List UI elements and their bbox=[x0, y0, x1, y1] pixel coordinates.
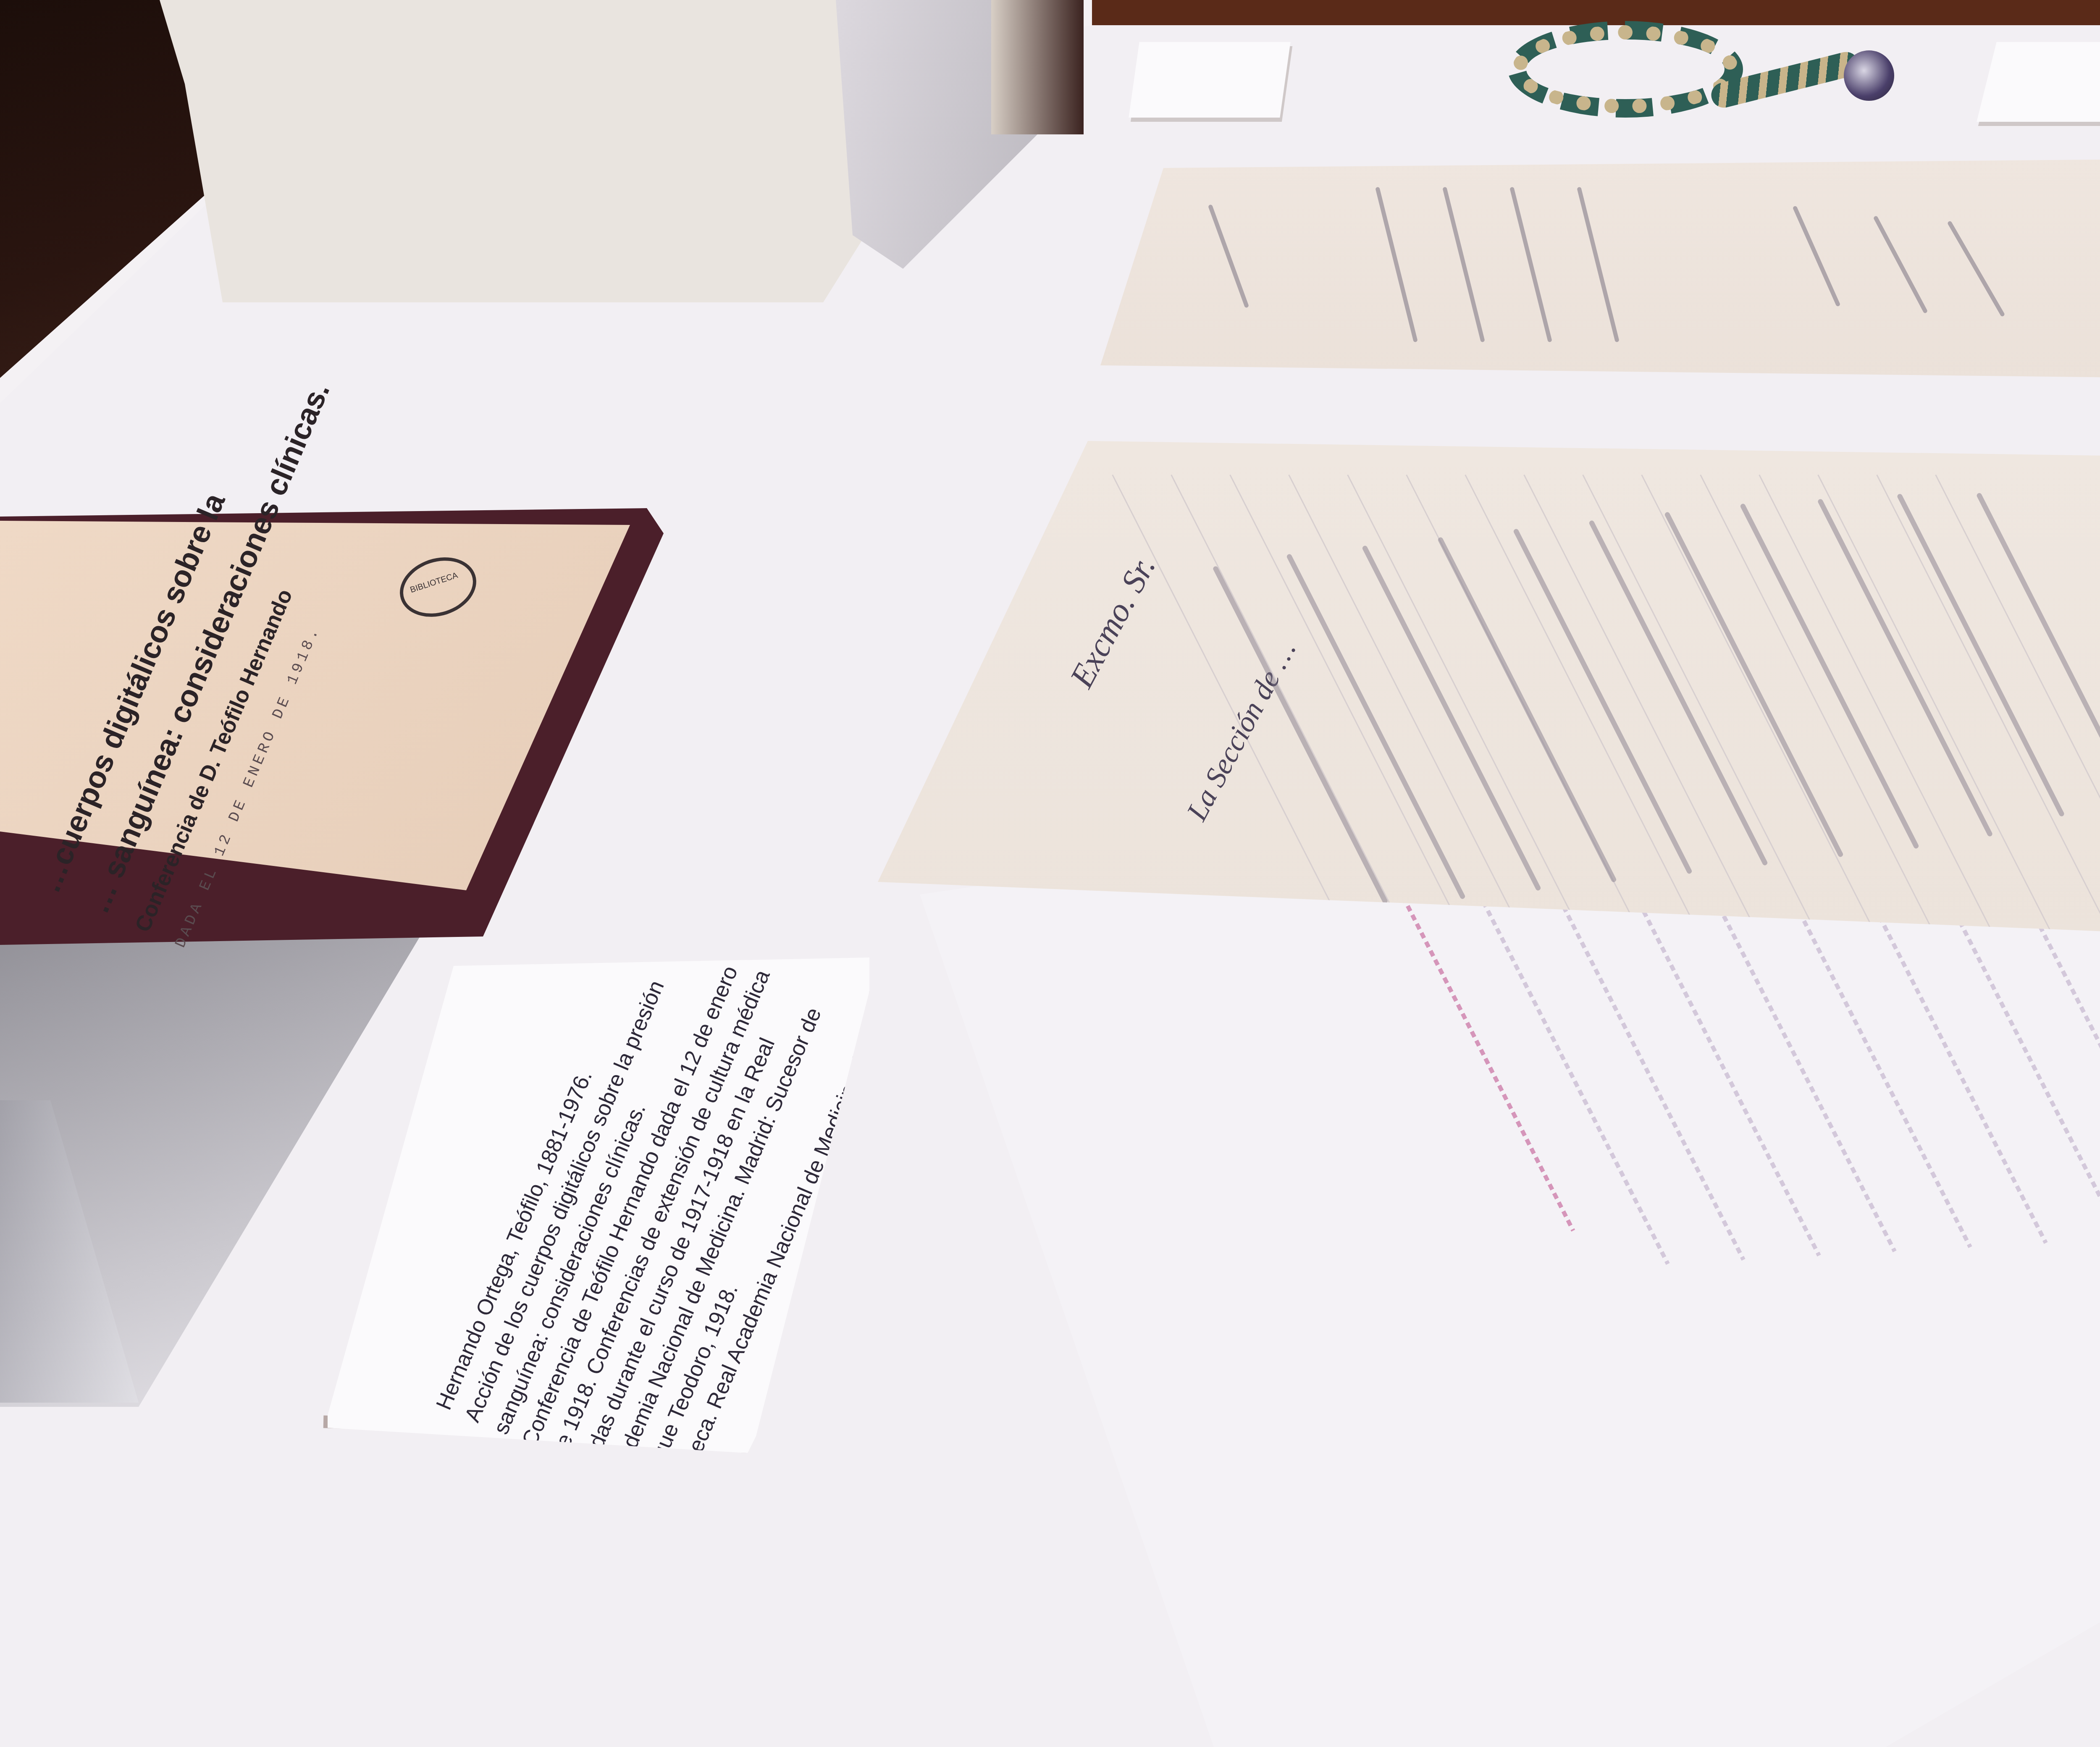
letter-salutation: Excmo. Sr. bbox=[1063, 550, 1163, 694]
handwritten-letter-document: Excmo. Sr. La Sección de … bbox=[878, 441, 2100, 949]
bracelet-artifact bbox=[1508, 17, 1852, 113]
handwriting-stroke bbox=[1896, 493, 2065, 817]
display-stand bbox=[160, 0, 907, 302]
standing-book-edge bbox=[991, 0, 1084, 134]
handwriting-stroke bbox=[1588, 519, 1768, 866]
signature-stroke bbox=[1947, 220, 2005, 317]
ruled-line bbox=[1876, 475, 2100, 924]
signature-stroke bbox=[1793, 205, 1841, 307]
handwriting-stroke bbox=[1362, 545, 1541, 891]
handwriting-stroke bbox=[1208, 204, 1249, 308]
handwriting-stroke bbox=[1442, 186, 1485, 342]
handwriting-stroke bbox=[1437, 536, 1617, 883]
open-book-artifact: BIBLIOTECA …cuerpos digitálicos sobre la… bbox=[0, 500, 664, 962]
bracelet-ring-weave bbox=[1512, 25, 1739, 113]
library-stamp-icon: BIBLIOTECA bbox=[392, 548, 484, 627]
museum-display-scene: Excmo. Sr. La Sección de … Curriculum Vi… bbox=[0, 0, 2100, 1747]
handwriting-stroke bbox=[1286, 553, 1466, 900]
handwriting-stroke bbox=[1375, 186, 1418, 342]
letter-opening: La Sección de … bbox=[1180, 635, 1303, 826]
handwriting-stroke bbox=[1509, 186, 1552, 342]
signature-stroke bbox=[1873, 215, 1928, 314]
label-card-top-right bbox=[1977, 42, 2100, 122]
stamp-text: BIBLIOTECA bbox=[409, 571, 459, 595]
handwriting-stroke bbox=[1513, 528, 1693, 874]
handwriting-stroke bbox=[1664, 511, 1844, 858]
handwriting-stroke bbox=[1577, 186, 1620, 342]
label-card-top bbox=[1129, 42, 1290, 118]
bracelet-charm bbox=[1844, 50, 1894, 101]
handwriting-stroke bbox=[1740, 503, 1919, 849]
handwriting-stroke bbox=[1817, 498, 1993, 837]
handwriting-stroke bbox=[1976, 492, 2100, 801]
signed-letter-document bbox=[1100, 151, 2100, 386]
